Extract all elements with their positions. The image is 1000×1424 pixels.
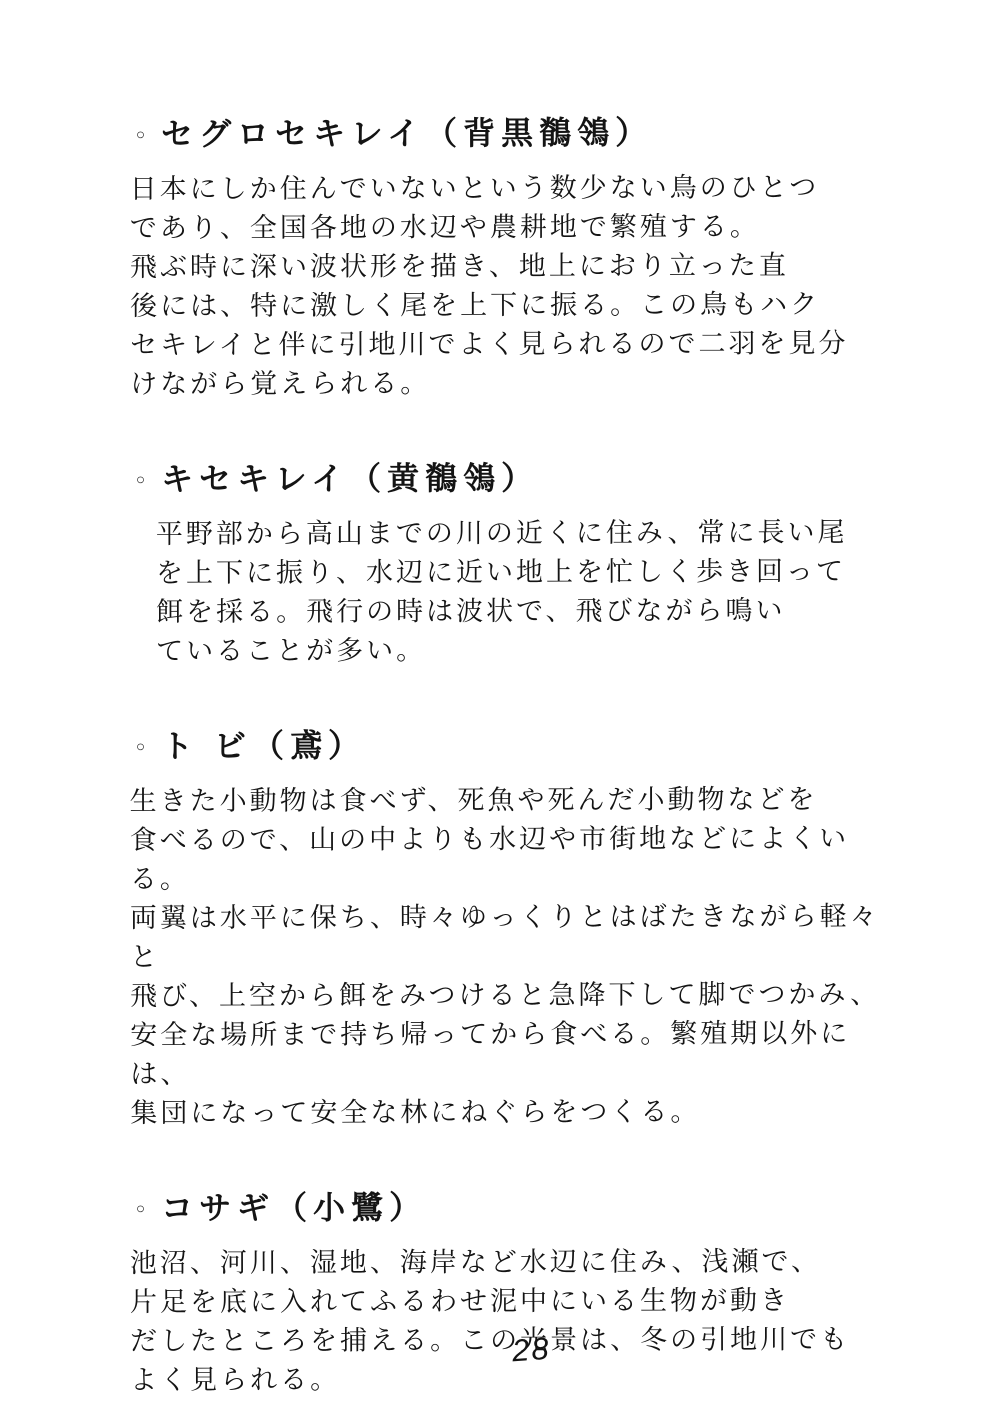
- scanned-notebook-page: ○セグロセキレイ（背黒鶺鴒） 日本にしか住んでいないという数少ない鳥のひとつ で…: [0, 0, 1000, 1424]
- section-heading: ○コサギ（小鷺）: [136, 1183, 904, 1233]
- section-title: セグロセキレイ（背黒鶺鴒）: [161, 115, 653, 153]
- section-heading: ○セグロセキレイ（背黒鶺鴒）: [136, 109, 904, 159]
- section-body: 平野部から高山までの川の近くに住み、常に長い尾 を上下に振り、水辺に近い地上を忙…: [130, 513, 904, 671]
- section-title: ト ビ（鳶）: [161, 728, 366, 765]
- section-heading: ○ト ビ（鳶）: [136, 721, 904, 771]
- bird-section-tobi: ○ト ビ（鳶） 生きた小動物は食べず、死魚や死んだ小動物などを 食べるので、山の…: [130, 722, 904, 1132]
- bird-section-seguro-sekirei: ○セグロセキレイ（背黒鶺鴒） 日本にしか住んでいないという数少ない鳥のひとつ で…: [130, 110, 904, 403]
- bullet-icon: ○: [136, 724, 145, 770]
- section-body: 生きた小動物は食べず、死魚や死んだ小動物などを 食べるので、山の中よりも水辺や市…: [130, 780, 905, 1133]
- section-title: コサギ（小鷺）: [161, 1189, 427, 1226]
- bullet-icon: ○: [136, 112, 145, 158]
- section-body: 日本にしか住んでいないという数少ない鳥のひとつ であり、全国各地の水辺や農耕地で…: [130, 168, 905, 404]
- page-number: 28: [511, 1331, 552, 1370]
- bullet-icon: ○: [136, 1186, 145, 1232]
- bullet-icon: ○: [136, 457, 145, 503]
- section-title: キセキレイ（黄鶺鴒）: [161, 460, 539, 497]
- section-body: 池沼、河川、湿地、海岸など水辺に住み、浅瀬で、 片足を底に入れてふるわせ泥中にい…: [130, 1242, 904, 1400]
- section-heading: ○キセキレイ（黄鶺鴒）: [136, 454, 904, 504]
- bird-section-kisekirei: ○キセキレイ（黄鶺鴒） 平野部から高山までの川の近くに住み、常に長い尾 を上下に…: [130, 455, 904, 670]
